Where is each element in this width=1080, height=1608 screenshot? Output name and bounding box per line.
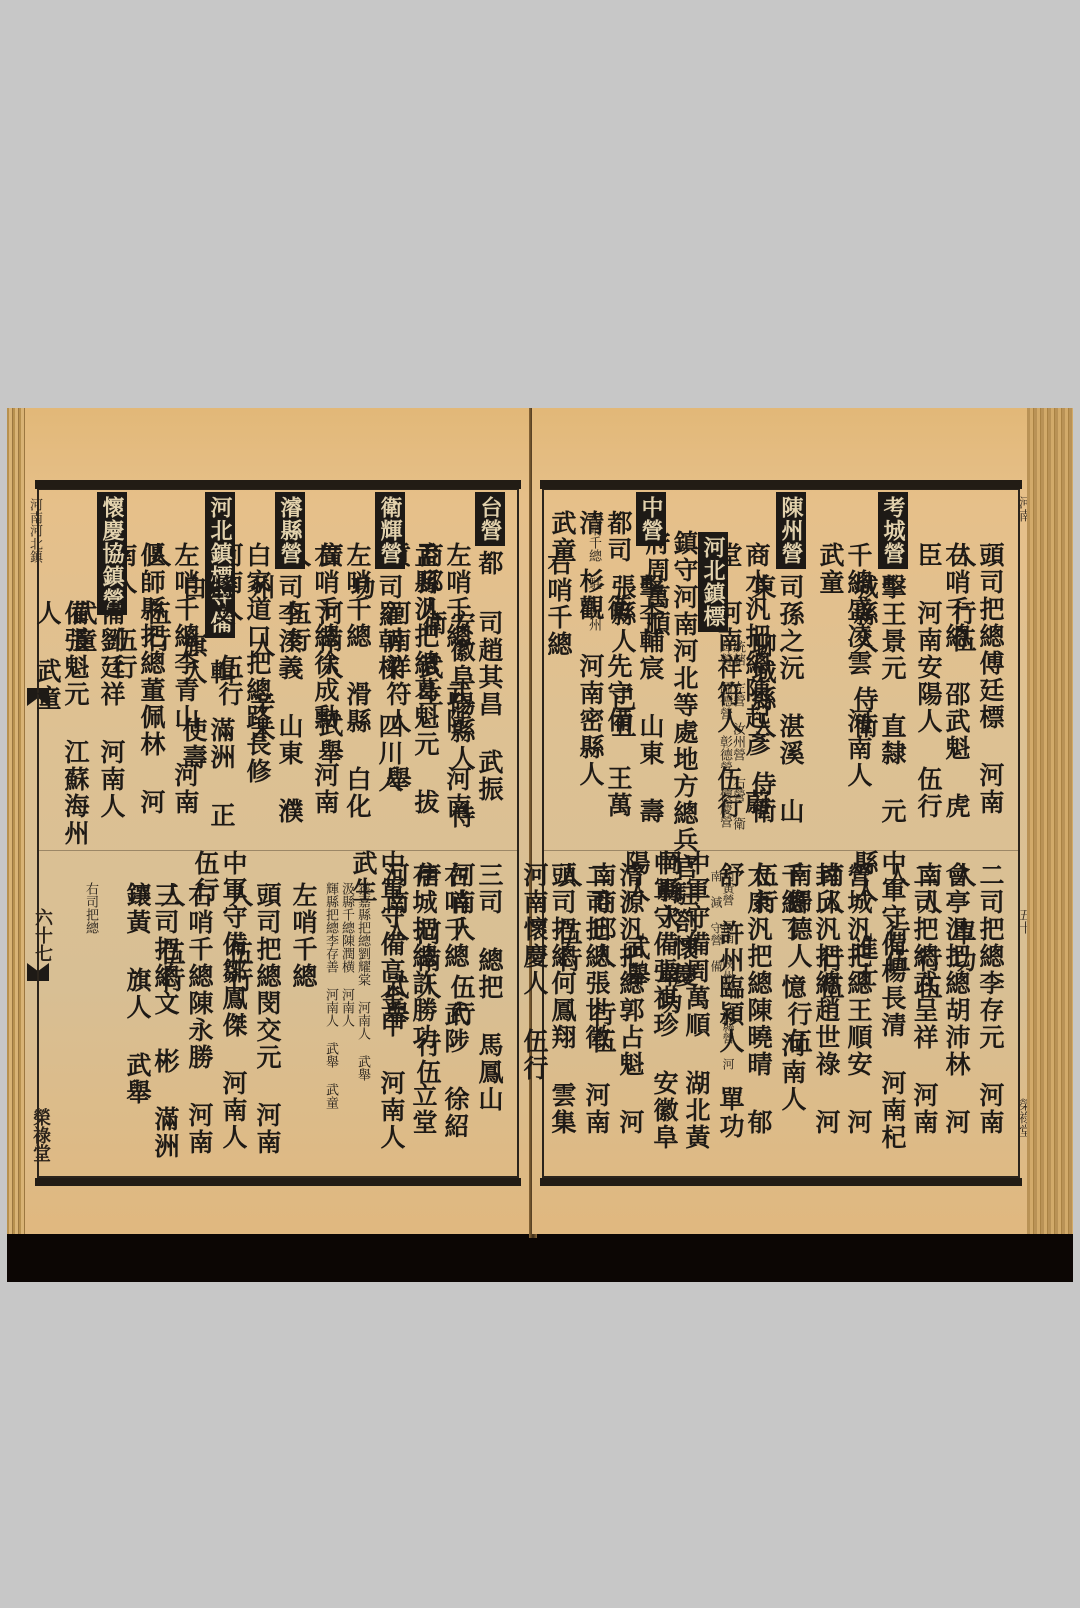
entry: 三司把總文 彬 滿洲 鑲黃 旗人 武舉	[123, 882, 179, 1162]
right-print-frame: 頭司把總傅廷標 河南人 行伍 右哨千總 邵武魁 虎臣 河南安陽人 伍行 考城營 …	[542, 488, 1020, 1178]
row-divider	[544, 850, 1018, 851]
entry: 統轄 左營 汝州營 右營 衛輝營 歸德營 彰德營 懷慶營	[718, 640, 744, 840]
section-tag: 衛輝營	[375, 492, 405, 569]
left-page: 河南河北鎮 六十七 榮祿堂 台營 都 司趙其昌 武振 安徽阜陽縣人 侍衛 左哨千…	[7, 408, 533, 1234]
page-edge-right	[1027, 408, 1073, 1234]
section-tag: 懷慶協鎮營	[97, 492, 127, 615]
bottom-rule	[35, 1178, 521, 1186]
section-tag: 河北鎮標	[698, 532, 728, 632]
image-viewer: 河南河北鎮 六十七 榮祿堂 台營 都 司趙其昌 武振 安徽阜陽縣人 侍衛 左哨千…	[0, 0, 1080, 1608]
right-page: 頭司把總傅廷標 河南人 行伍 右哨千總 邵武魁 虎臣 河南安陽人 伍行 考城營 …	[532, 408, 1032, 1234]
entry: 備張魁元 江蘇海州人 武童	[33, 600, 89, 850]
section-tag: 陳州營	[776, 492, 806, 569]
bottom-rule	[540, 1178, 1022, 1186]
entry: 汲縣千總陳潤横 河南人	[340, 882, 353, 1102]
entry: 左哨千總 駐 化州	[587, 510, 600, 710]
entry: 輝縣把總李存善 河南人 武舉 武童	[324, 882, 337, 1142]
section-title: 都	[475, 550, 503, 577]
section-tag: 考城營	[878, 492, 908, 569]
entry: 頭司把總何鳳翔 雲集 河南懷慶人 伍行	[520, 862, 576, 1162]
book-photo: 河南河北鎮 六十七 榮祿堂 台營 都 司趙其昌 武振 安徽阜陽縣人 侍衛 左哨千…	[7, 408, 1073, 1282]
section-tag: 濬縣營	[275, 492, 305, 569]
page-edge-left	[7, 408, 25, 1234]
entry: 右司把總	[84, 882, 97, 1002]
top-rule	[35, 480, 521, 489]
entry: 千總盛凌雲 河南人 武童	[816, 542, 872, 842]
row-divider	[39, 850, 517, 851]
section-tag: 台營	[475, 492, 505, 546]
left-print-frame: 台營 都 司趙其昌 武振 安徽阜陽縣人 侍衛 左哨千總 武陟 河南商邱人 武生 …	[37, 488, 519, 1178]
section-tag: 中營	[636, 492, 666, 546]
top-rule	[540, 480, 1022, 489]
entry: 左哨千總	[289, 882, 317, 1002]
entry: 獲嘉縣把總劉耀棠 河南人 武舉	[356, 882, 369, 1102]
entry: 右哨千總 邵武魁 虎臣 河南安陽人 伍行	[914, 542, 970, 842]
entry: 內黃營 河南 陝州營 滑縣營 河南 減 守營 備	[710, 870, 734, 1070]
entry: 右哨千總	[544, 550, 572, 670]
